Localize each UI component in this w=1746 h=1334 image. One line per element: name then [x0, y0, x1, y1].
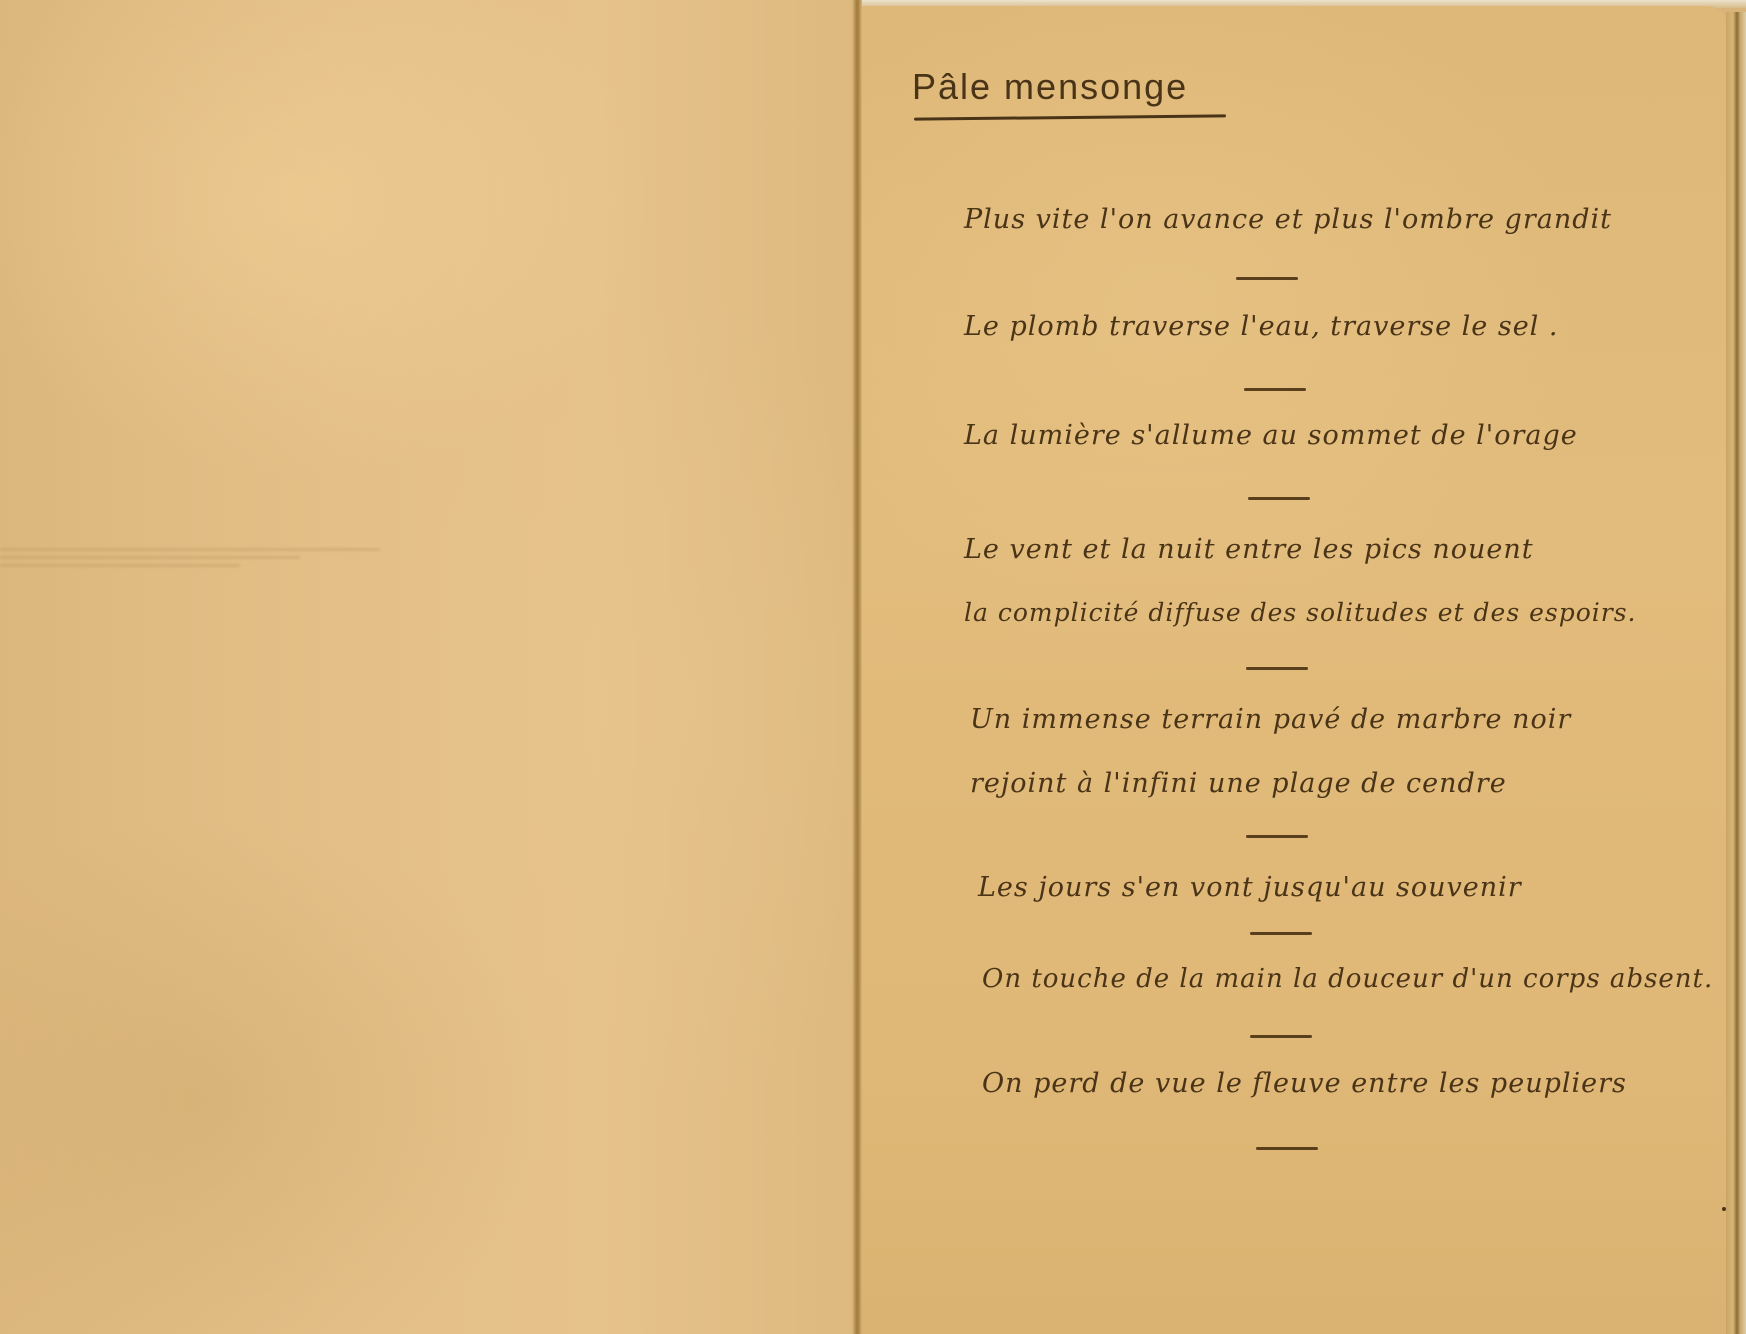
paper-crease [0, 556, 300, 559]
stanza-separator [1250, 932, 1312, 935]
poem-line: rejoint à l'infini une plage de cendre [970, 768, 1507, 799]
poem-line: On touche de la main la douceur d'un cor… [982, 964, 1713, 994]
notebook-spread: Pâle mensonge Plus vite l'on avance et p… [0, 0, 1746, 1334]
page-stack-edge [1726, 12, 1746, 1334]
left-page-blank [0, 0, 858, 1334]
stanza-separator [1256, 1147, 1318, 1150]
poem-line: la complicité diffuse des solitudes et d… [964, 598, 1637, 627]
paper-crease [0, 564, 240, 567]
poem-line: On perd de vue le fleuve entre les peupl… [982, 1068, 1627, 1099]
stanza-separator [1246, 667, 1308, 670]
poem-line: La lumière s'allume au sommet de l'orage [964, 420, 1578, 451]
poem-line: Les jours s'en vont jusqu'au souvenir [978, 872, 1522, 903]
stanza-separator [1244, 388, 1306, 391]
stanza-separator [1236, 277, 1298, 280]
poem-line: Le vent et la nuit entre les pics nouent [964, 534, 1534, 565]
poem-title: Pâle mensonge [912, 66, 1188, 108]
stanza-separator [1246, 835, 1308, 838]
poem-line: Un immense terrain pavé de marbre noir [970, 704, 1571, 735]
paper-crease [0, 548, 380, 551]
poem-line: Plus vite l'on avance et plus l'ombre gr… [964, 204, 1612, 235]
poem-line: Le plomb traverse l'eau, traverse le sel… [964, 311, 1558, 342]
stanza-separator [1248, 497, 1310, 500]
book-gutter [852, 0, 862, 1334]
stanza-separator [1250, 1035, 1312, 1038]
ink-speck [1722, 1207, 1726, 1211]
